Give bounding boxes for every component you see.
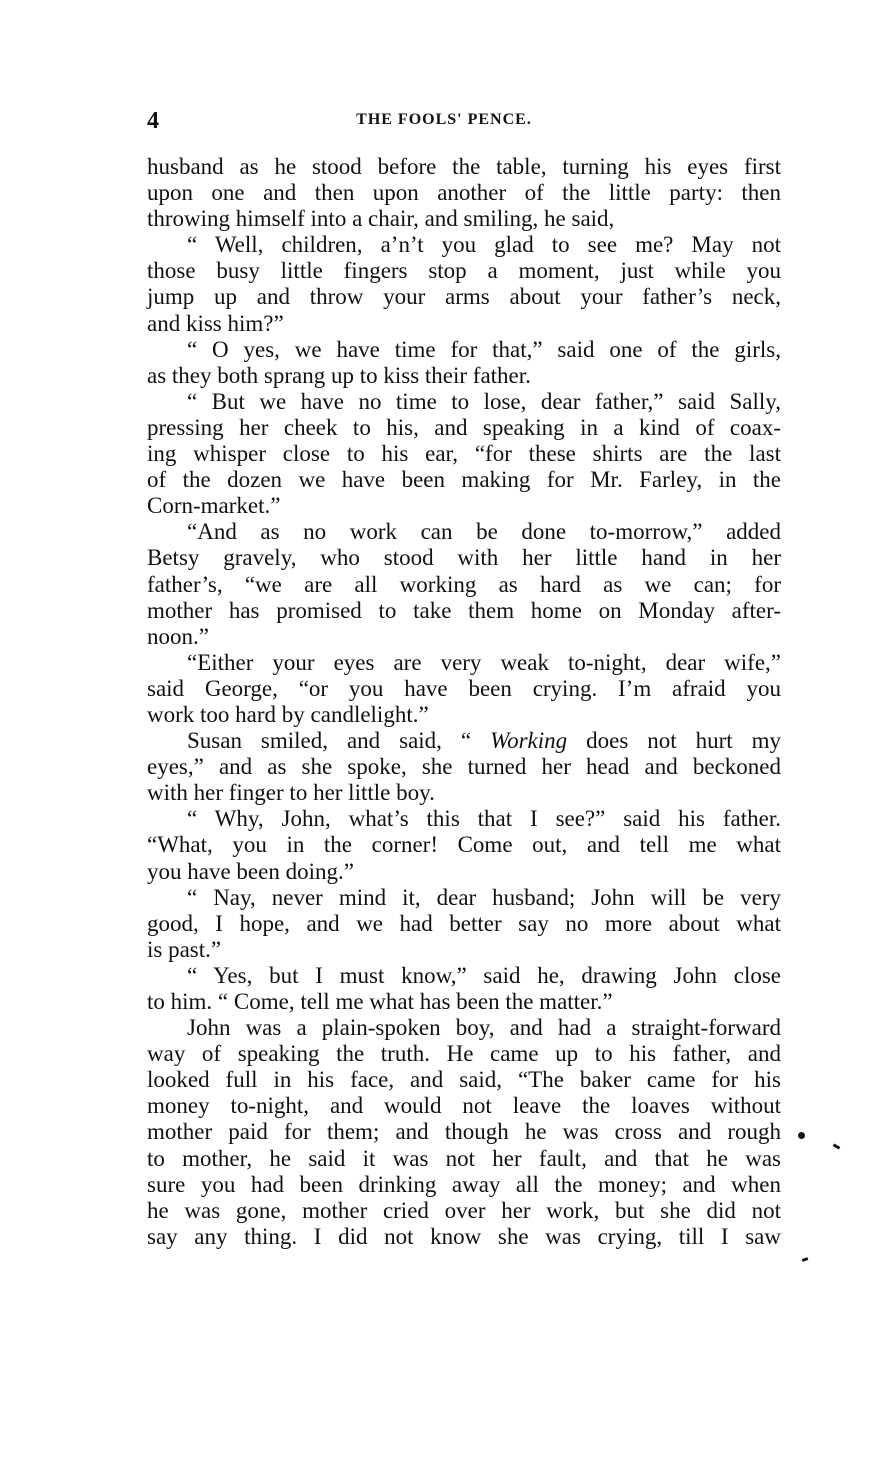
text-line: “ Nay, never mind it, dear husband; John… — [147, 885, 781, 911]
text-line: to mother, he said it was not her fault,… — [147, 1146, 781, 1172]
text-line: “ O yes, we have time for that,” said on… — [147, 337, 781, 363]
text-line: those busy little fingers stop a moment,… — [147, 258, 781, 284]
text-line: “Either your eyes are very weak to-night… — [147, 650, 781, 676]
text-line: John was a plain-spoken boy, and had a s… — [147, 1015, 781, 1041]
text-line: is past.” — [147, 937, 781, 963]
margin-mark-dash — [833, 1143, 841, 1149]
text-line: noon.” — [147, 624, 781, 650]
text-line: Betsy gravely, who stood with her little… — [147, 545, 781, 571]
text-line: “ Why, John, what’s this that I see?” sa… — [147, 806, 781, 832]
text-line: eyes,” and as she spoke, she turned her … — [147, 754, 781, 780]
italic-emphasis: Working — [490, 728, 567, 753]
text-line: “ Yes, but I must know,” said he, drawin… — [147, 963, 781, 989]
text-line: jump up and throw your arms about your f… — [147, 284, 781, 310]
text-line: as they both sprang up to kiss their fat… — [147, 363, 781, 389]
text-line: “ But we have no time to lose, dear fath… — [147, 389, 781, 415]
body-text: husband as he stood before the table, tu… — [147, 154, 781, 1250]
text-line: he was gone, mother cried over her work,… — [147, 1198, 781, 1224]
text-line: and kiss him?” — [147, 311, 781, 337]
text-line: father’s, “we are all working as hard as… — [147, 572, 781, 598]
text-line: good, I hope, and we had better say no m… — [147, 911, 781, 937]
text-fragment: Susan smiled, and said, “ — [187, 728, 490, 753]
text-line: work too hard by candlelight.” — [147, 702, 781, 728]
text-line: mother has promised to take them home on… — [147, 598, 781, 624]
text-line: way of speaking the truth. He came up to… — [147, 1041, 781, 1067]
margin-mark-dash — [802, 1257, 809, 1262]
text-line: “What, you in the corner! Come out, and … — [147, 832, 781, 858]
text-line: of the dozen we have been making for Mr.… — [147, 467, 781, 493]
text-line: say any thing. I did not know she was cr… — [147, 1224, 781, 1250]
text-line: upon one and then upon another of the li… — [147, 180, 781, 206]
text-line: mother paid for them; and though he was … — [147, 1119, 781, 1145]
text-line: with her finger to her little boy. — [147, 780, 781, 806]
text-line: money to-night, and would not leave the … — [147, 1093, 781, 1119]
text-line: Susan smiled, and said, “ Working does n… — [147, 728, 781, 754]
text-line: you have been doing.” — [147, 859, 781, 885]
running-title: THE FOOLS' PENCE. — [0, 111, 888, 129]
text-line: said George, “or you have been crying. I… — [147, 676, 781, 702]
margin-mark-dot — [798, 1132, 805, 1139]
text-line: pressing her cheek to his, and speaking … — [147, 415, 781, 441]
text-fragment: does not hurt my — [567, 728, 781, 753]
text-line: “ Well, children, a’n’t you glad to see … — [147, 232, 781, 258]
text-line: husband as he stood before the table, tu… — [147, 154, 781, 180]
text-line: sure you had been drinking away all the … — [147, 1172, 781, 1198]
text-line: throwing himself into a chair, and smili… — [147, 206, 781, 232]
text-line: Corn-market.” — [147, 493, 781, 519]
text-line: looked full in his face, and said, “The … — [147, 1067, 781, 1093]
text-line: to him. “ Come, tell me what has been th… — [147, 989, 781, 1015]
text-line: ing whisper close to his ear, “for these… — [147, 441, 781, 467]
text-line: “And as no work can be done to-morrow,” … — [147, 519, 781, 545]
